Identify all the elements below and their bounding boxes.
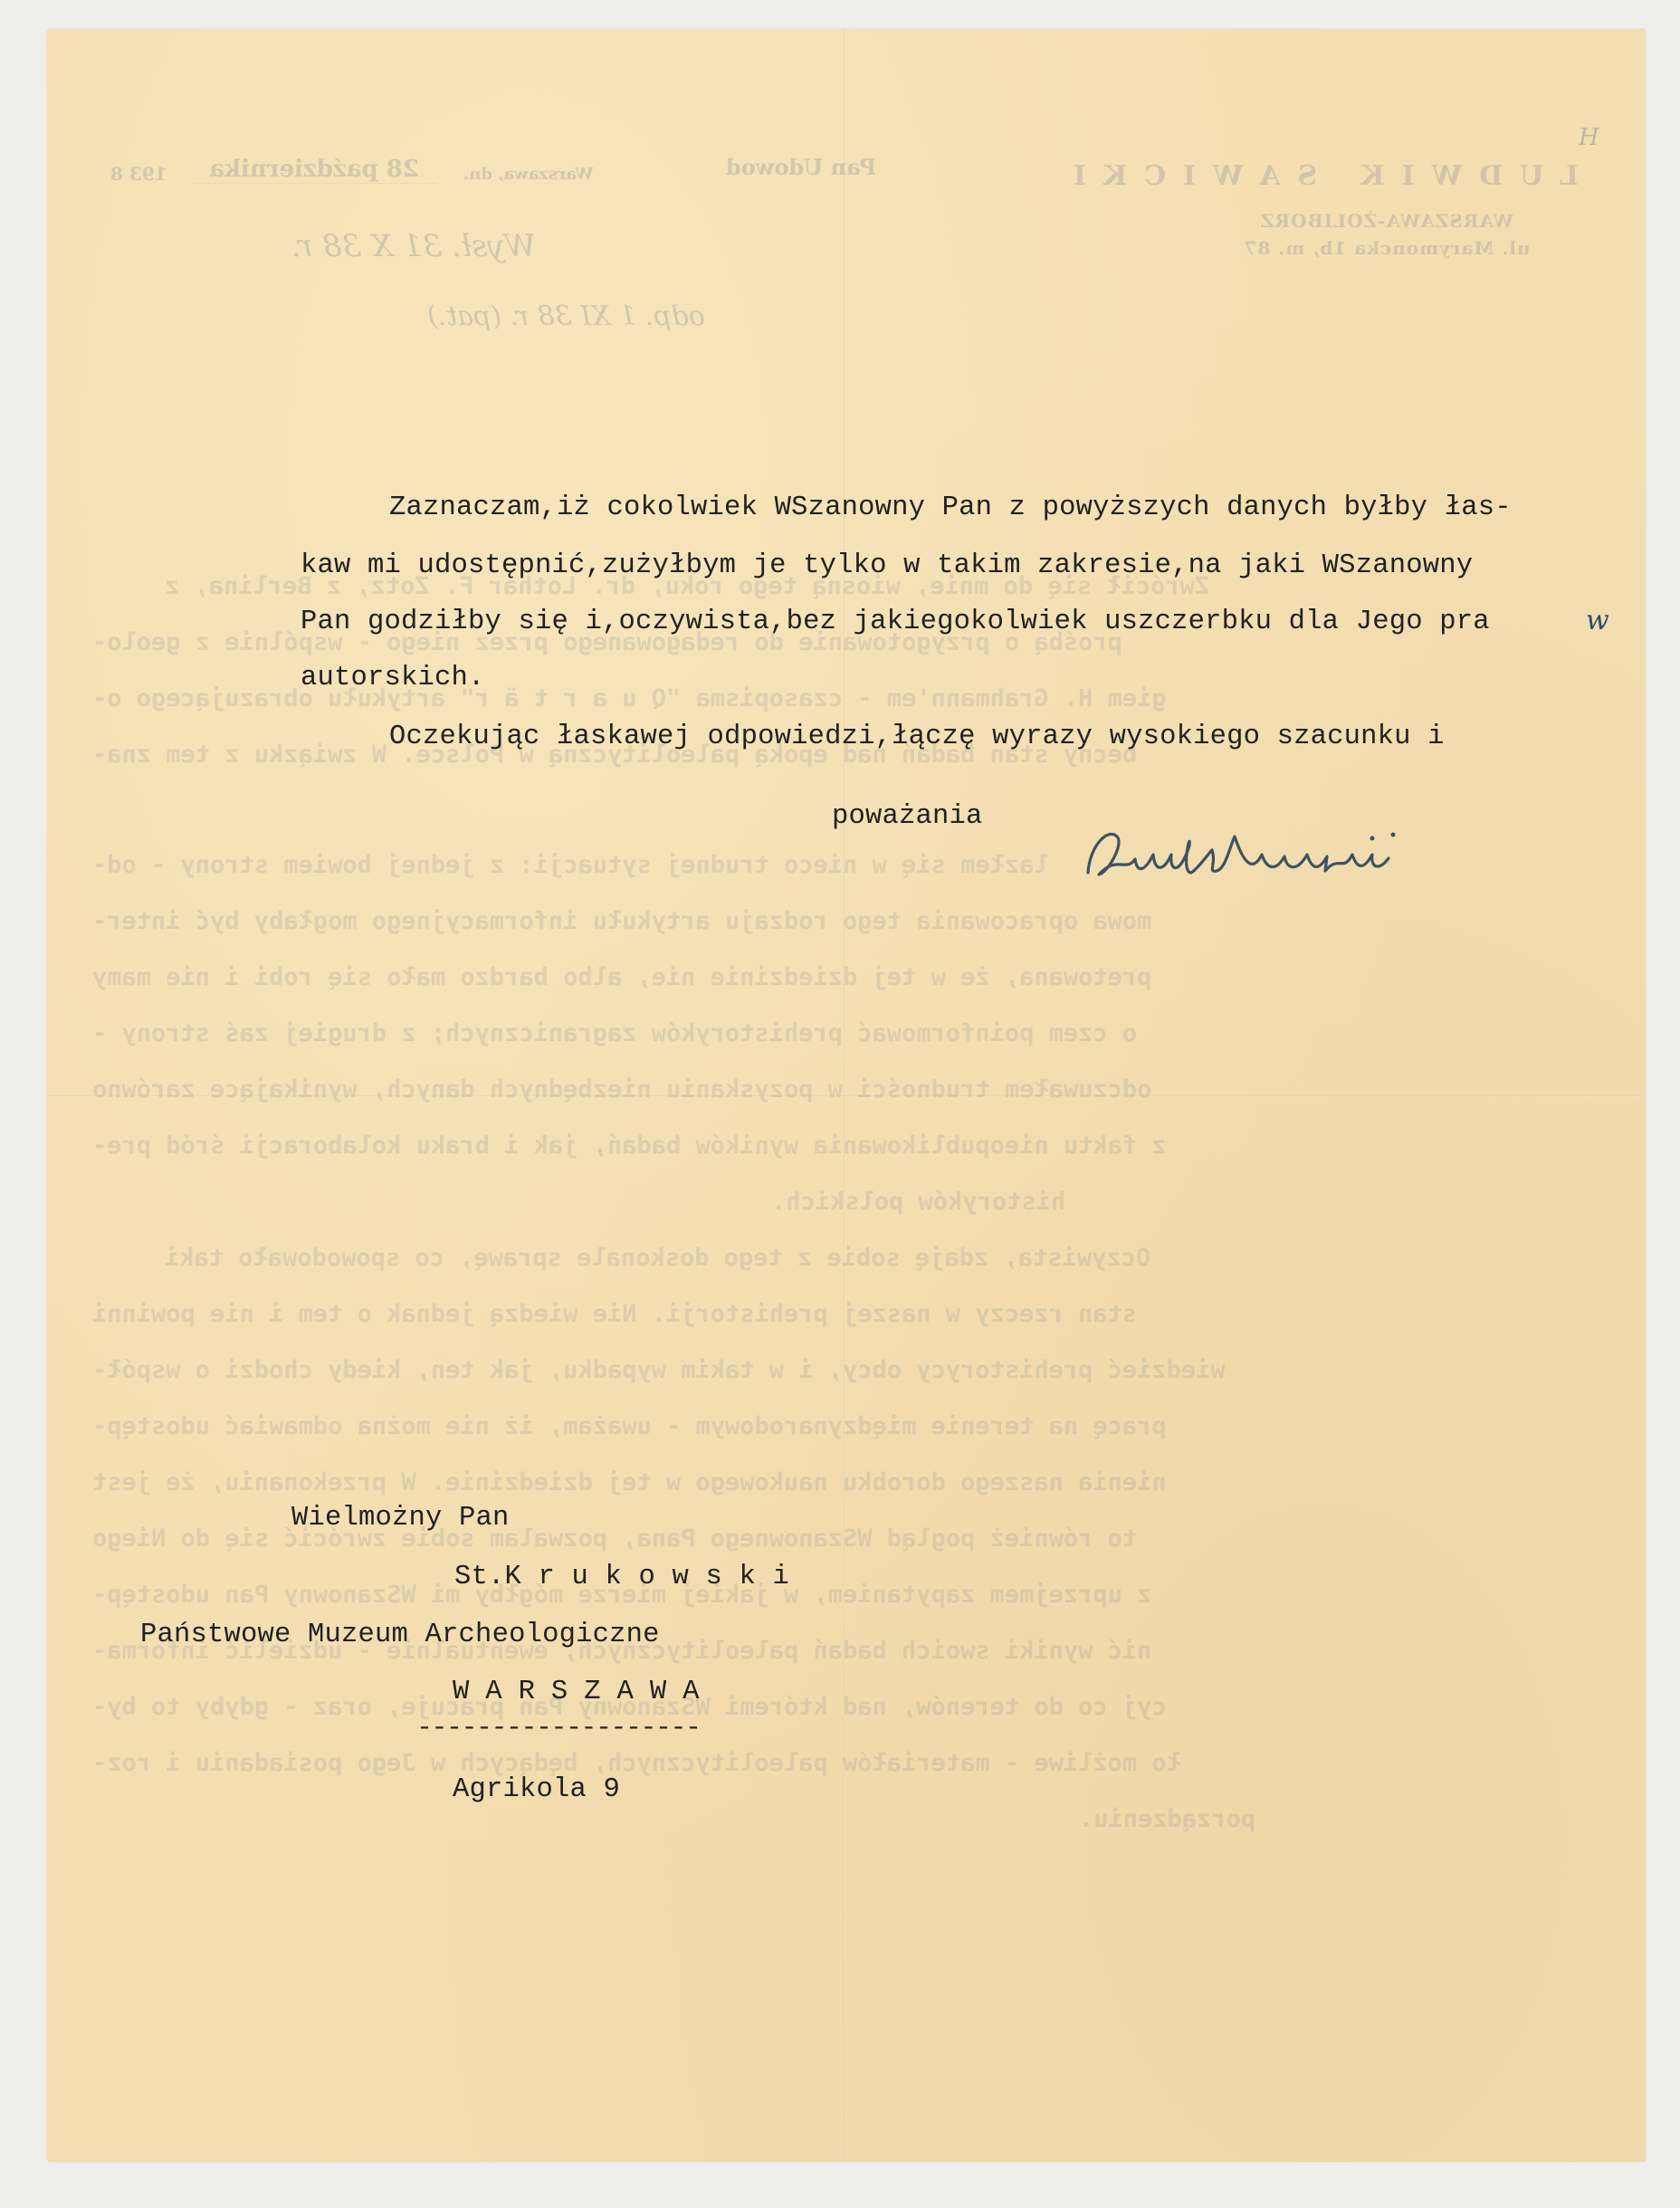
show-through-line: odczuwałem trudności w pozyskaniu niezbę…	[92, 1075, 1151, 1104]
signature	[1081, 818, 1407, 891]
addressee-street: Agrikola 9	[453, 1774, 620, 1805]
handwritten-correction: w	[1586, 605, 1609, 636]
letter-page: H LUDWIK SAWICKI WARSZAWA-ŻOLIBORZ ul. M…	[47, 29, 1646, 2162]
body-line-2: kaw mi udostępnić,zużyłbym je tylko w ta…	[301, 550, 1473, 581]
addressee-institution: Państwowe Muzeum Archeologiczne	[140, 1620, 660, 1650]
show-through-line: ło możliwe - materiałów paleolitycznych,…	[92, 1749, 1181, 1777]
show-through-letterhead-address: ul. Marymoncka 1b, m. 87	[1224, 237, 1550, 259]
body-line-5: Oczekując łaskawej odpowiedzi,łączę wyra…	[389, 722, 1445, 752]
show-through-date: 28 października	[192, 156, 436, 184]
show-through-line: porządzeniu.	[1079, 1805, 1255, 1833]
show-through-line: to również pogląd WSzanownego Pana, pozw…	[92, 1525, 1137, 1553]
show-through-year: 193 8	[110, 163, 167, 185]
show-through-date-prefix: Warszawa, dn.	[463, 165, 593, 184]
body-line-4: autorskich.	[301, 663, 485, 693]
show-through-line: mowa opracowania tego rodzaju artykułu i…	[92, 907, 1151, 935]
show-through-line: pretowana, że w tej dziedzinie nie, albo…	[92, 963, 1151, 991]
show-through-line: historyków polskich.	[771, 1188, 1065, 1216]
closing-line: poważania	[832, 801, 983, 832]
show-through-line: Oczywista, zdaję sobie z tego doskonale …	[165, 1244, 1150, 1272]
addressee-name: St.K r u k o w s k i	[454, 1562, 789, 1592]
show-through-line: nienia naszego dorobku naukowego w tej d…	[92, 1468, 1167, 1496]
show-through-letterhead-name: LUDWIK SAWICKI	[1198, 160, 1579, 192]
show-through-pencil-note-1: Wysł. 31 X 38 r.	[291, 228, 536, 264]
show-through-line: o czem poinformować prehistoryków zagran…	[92, 1019, 1137, 1047]
body-line-1: Zaznaczam,iż cokolwiek WSzanowny Pan z p…	[389, 492, 1512, 523]
body-line-3: Pan godziłby się i,oczywista,bez jakiego…	[301, 607, 1490, 637]
show-through-line: z faktu nieopublikowania wyników badań, …	[92, 1132, 1167, 1160]
show-through-letterhead-city: WARSZAWA-ŻOLIBORZ	[1224, 210, 1550, 232]
show-through-line: lazłem się w nieco trudnej sytuacji: z j…	[92, 851, 1049, 879]
show-through-line: wiedzieć prehistorycy obcy, i w takim wy…	[92, 1356, 1226, 1384]
show-through-line: pracę na terenie międzynarodowym - uważa…	[92, 1412, 1167, 1440]
corner-pencil-mark: H	[1579, 124, 1599, 151]
show-through-note-word: Pan Udowod	[726, 154, 876, 180]
show-through-line: giem H. Grahmann'em - czasopisma "Q u a …	[92, 684, 1167, 712]
show-through-line: stan rzeczy w naszej prehistorji. Nie wi…	[92, 1300, 1137, 1328]
addressee-city: WARSZAWA	[453, 1677, 715, 1707]
addressee-salutation: Wielmożny Pan	[291, 1503, 510, 1534]
addressee-underline: -------------------	[416, 1713, 701, 1744]
show-through-pencil-note-2: odp. 1 XI 38 r. (pat.)	[427, 301, 705, 332]
